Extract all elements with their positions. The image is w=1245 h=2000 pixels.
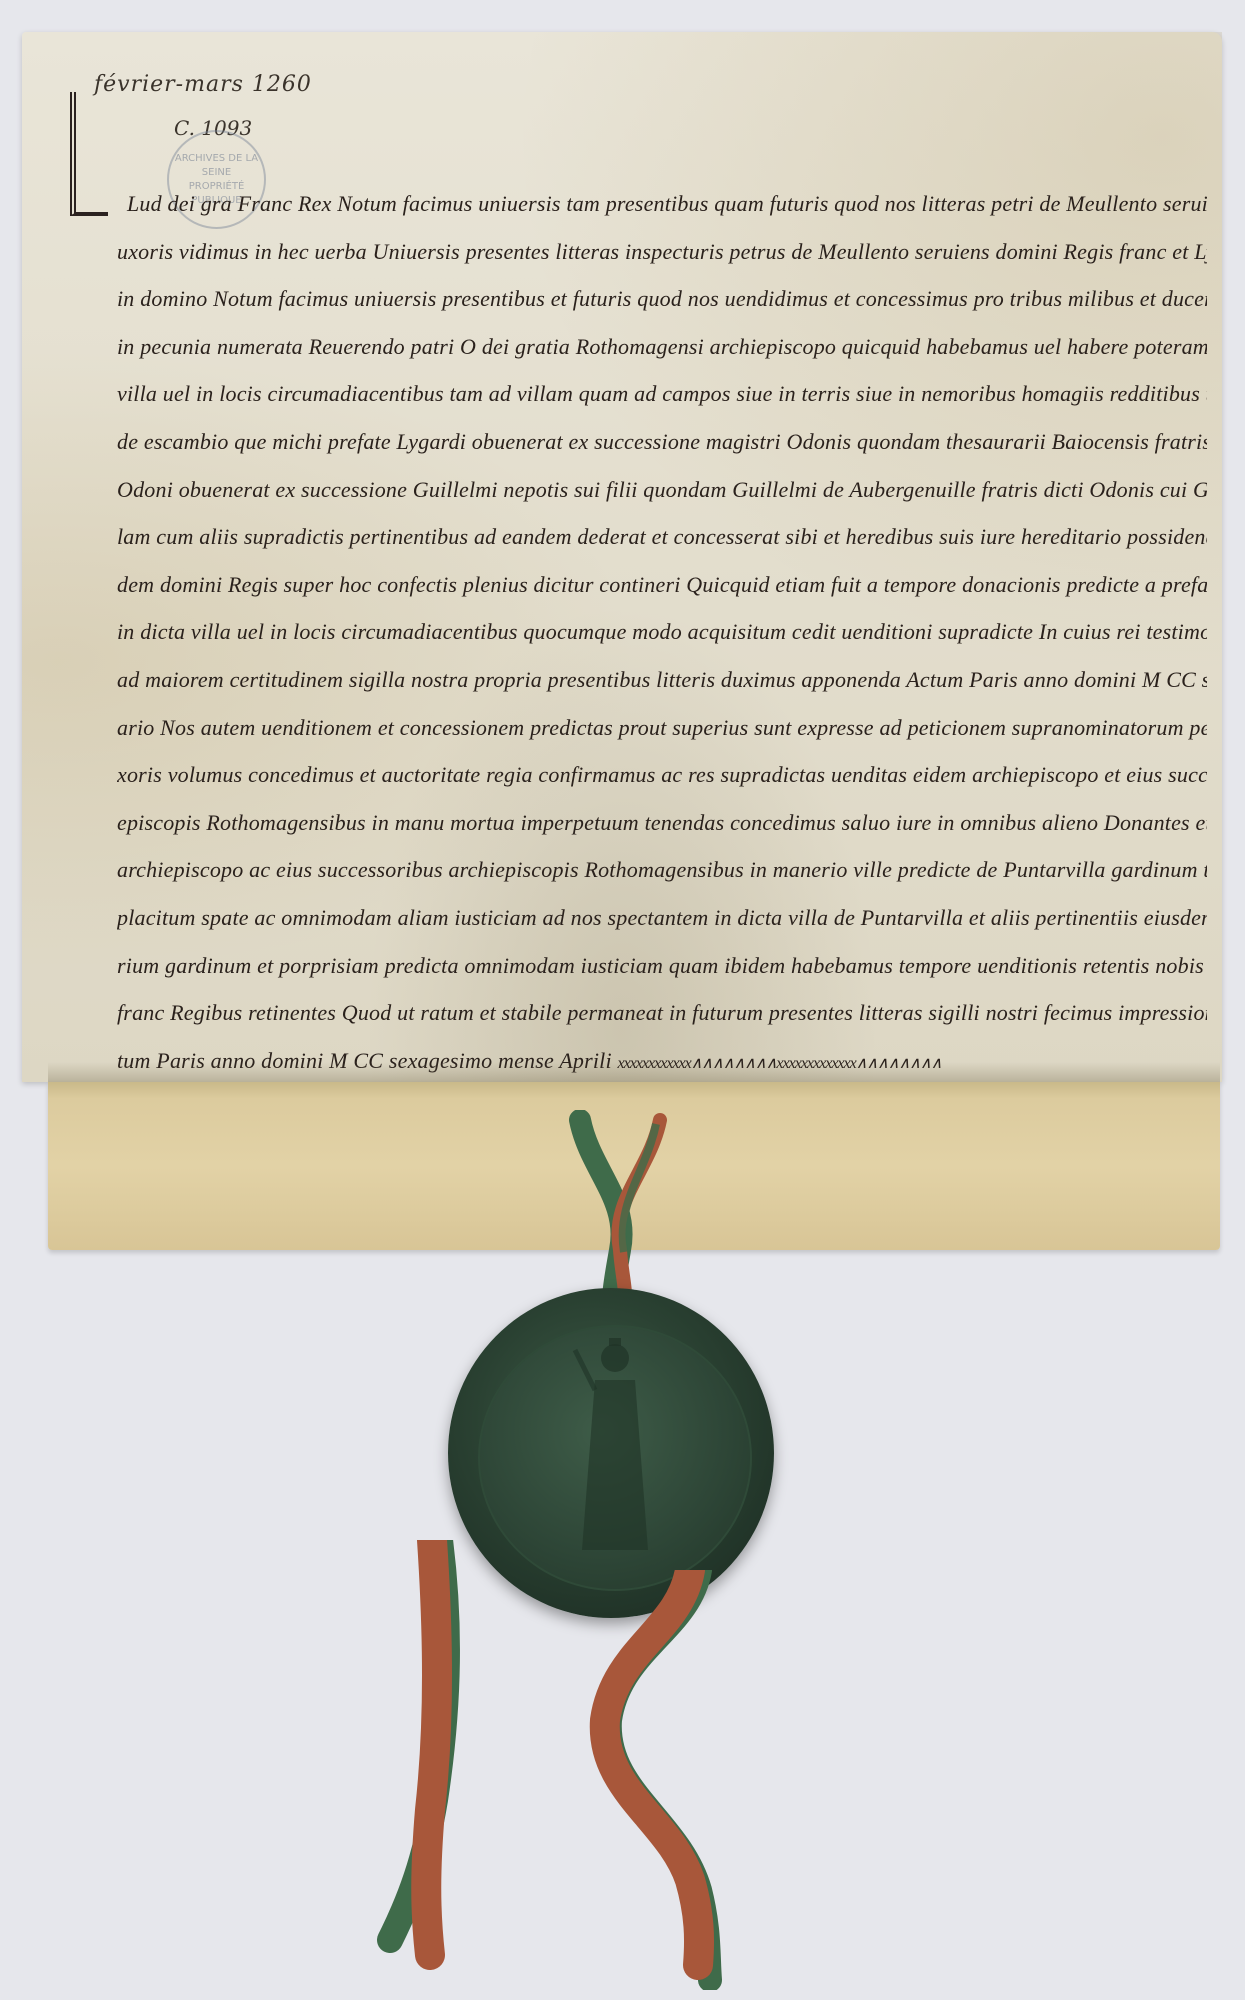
text-line: Odoni obuenerat ex successione Guillelmi… [117,466,1207,514]
right-cord-tassel-icon [560,1570,760,1990]
text-line: archiepiscopo ac eius successoribus arch… [117,846,1207,894]
archival-date-annotation: février-mars 1260 [94,72,312,97]
text-line: episcopis Rothomagensibus in manu mortua… [117,799,1207,847]
date-note-text: février-mars 1260 [94,72,312,97]
text-line: in dicta villa uel in locis circumadiace… [117,608,1207,656]
charter-parchment: février-mars 1260 C. 1093 ARCHIVES DE LA… [22,32,1222,1082]
text-line: xoris volumus concedimus et auctoritate … [117,751,1207,799]
text-line: franc Regibus retinentes Quod ut ratum e… [117,989,1207,1037]
text-line: in domino Notum facimus uniuersis presen… [117,275,1207,323]
text-line: lam cum aliis supradictis pertinentibus … [117,513,1207,561]
charter-text-block: Lud dei gra Franc Rex Notum facimus uniu… [117,180,1207,1084]
left-cord-tassel-icon [370,1540,510,1980]
text-line: villa uel in locis circumadiacentibus ta… [117,370,1207,418]
text-line: dem domini Regis super hoc confectis ple… [117,561,1207,609]
stamp-line: ARCHIVES DE LA SEINE [169,152,264,180]
decorated-initial-letter [70,92,108,216]
text-line: Lud dei gra Franc Rex Notum facimus uniu… [117,180,1207,228]
text-line: de escambio que michi prefate Lygardi ob… [117,418,1207,466]
text-line: placitum spate ac omnimodam aliam iustic… [117,894,1207,942]
seal-figure-icon [560,1330,670,1570]
text-line: ad maiorem certitudinem sigilla nostra p… [117,656,1207,704]
text-line: ario Nos autem uenditionem et concession… [117,704,1207,752]
text-line: rium gardinum et porprisiam predicta omn… [117,942,1207,990]
text-line: uxoris vidimus in hec uerba Uniuersis pr… [117,228,1207,276]
text-line: in pecunia numerata Reuerendo patri O de… [117,323,1207,371]
